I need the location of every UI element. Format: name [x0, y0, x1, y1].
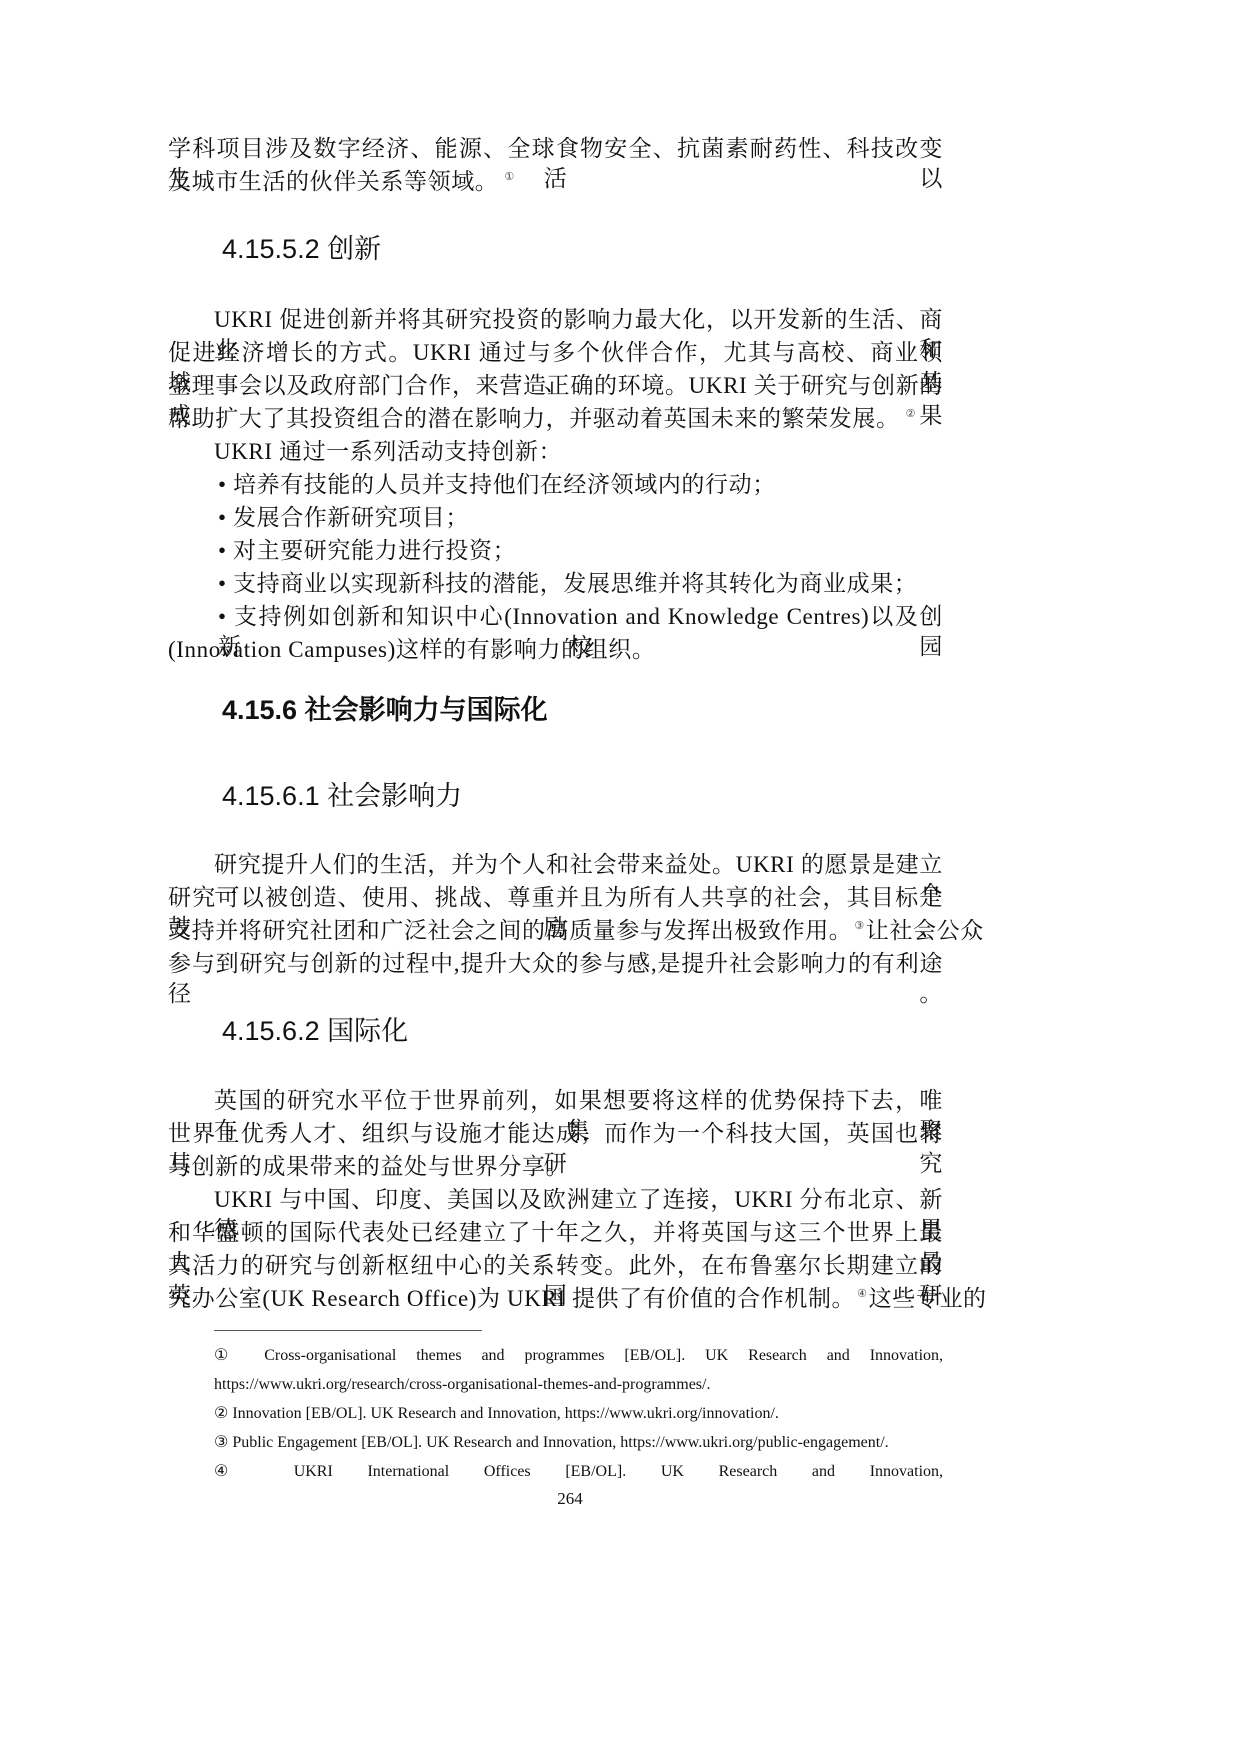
footnote-separator	[214, 1330, 482, 1331]
body-text: 帮助扩大了其投资组合的潜在影响力，并驱动着英国未来的繁荣发展。	[168, 406, 900, 431]
footnote-marker: ③	[214, 1434, 228, 1451]
footnote-text: Innovation [EB/OL]. UK Research and Inno…	[232, 1405, 779, 1422]
body-line: 帮助扩大了其投资组合的潜在影响力，并驱动着英国未来的繁荣发展。②	[168, 404, 943, 434]
footnote-1-url[interactable]: https://www.ukri.org/research/cross-orga…	[214, 1375, 943, 1395]
document-page: 学科项目涉及数字经济、能源、全球食物安全、抗菌素耐药性、科技改变生活以 及城市生…	[0, 0, 1240, 1753]
footnote-4: ④ UKRI International Offices [EB/OL]. UK…	[214, 1462, 943, 1482]
footnote-ref[interactable]: ④	[857, 1288, 867, 1300]
section-heading: 4.15.5.2 创新	[222, 232, 381, 266]
bullet-item: • 对主要研究能力进行投资；	[218, 536, 947, 566]
footnote-ref[interactable]: ②	[906, 408, 916, 420]
footnote-ref[interactable]: ①	[504, 171, 514, 183]
bullet-item: • 支持商业以实现新科技的潜能，发展思维并将其转化为商业成果；	[218, 569, 947, 599]
body-line: 究办公室(UK Research Office)为 UKRI 提供了有价值的合作…	[168, 1284, 943, 1314]
bullet-item: • 培养有技能的人员并支持他们在经济领域内的行动；	[218, 470, 947, 500]
body-line: 与创新的成果带来的益处与世界分享。	[168, 1152, 943, 1182]
section-heading: 4.15.6 社会影响力与国际化	[222, 693, 548, 727]
body-line: 参与到研究与创新的过程中,提升大众的参与感,是提升社会影响力的有利途径。	[168, 949, 943, 1009]
body-line: (Innovation Campuses)这样的有影响力的组织。	[168, 635, 943, 665]
page-number: 264	[0, 1489, 1140, 1509]
body-text: 支持并将研究社团和广泛社会之间的高质量参与发挥出极致作用。	[168, 918, 852, 943]
section-heading: 4.15.6.2 国际化	[222, 1014, 408, 1048]
section-heading: 4.15.6.1 社会影响力	[222, 779, 462, 813]
body-line: 及城市生活的伙伴关系等领域。①	[168, 167, 943, 197]
body-text: 这些专业的	[869, 1286, 987, 1311]
bullet-item: • 发展合作新研究项目；	[218, 503, 947, 533]
footnote-text: Cross-organisational themes and programm…	[264, 1347, 943, 1364]
footnote-marker: ②	[214, 1405, 228, 1422]
body-text: 让社会公众	[866, 918, 984, 943]
footnote-text: Public Engagement [EB/OL]. UK Research a…	[232, 1434, 888, 1451]
footnote-2: ② Innovation [EB/OL]. UK Research and In…	[214, 1404, 943, 1424]
footnote-1: ① Cross-organisational themes and progra…	[214, 1346, 943, 1366]
footnote-text: UKRI International Offices [EB/OL]. UK R…	[294, 1463, 943, 1480]
footnote-ref[interactable]: ③	[854, 920, 864, 932]
footnote-marker: ①	[214, 1347, 244, 1364]
body-text: 究办公室(UK Research Office)为 UKRI 提供了有价值的合作…	[168, 1286, 855, 1311]
body-line: UKRI 通过一系列活动支持创新：	[214, 437, 943, 467]
body-text: 及城市生活的伙伴关系等领域。	[168, 169, 498, 194]
body-line: 支持并将研究社团和广泛社会之间的高质量参与发挥出极致作用。③让社会公众	[168, 916, 943, 946]
footnote-marker: ④	[214, 1463, 259, 1480]
footnote-3: ③ Public Engagement [EB/OL]. UK Research…	[214, 1433, 943, 1453]
